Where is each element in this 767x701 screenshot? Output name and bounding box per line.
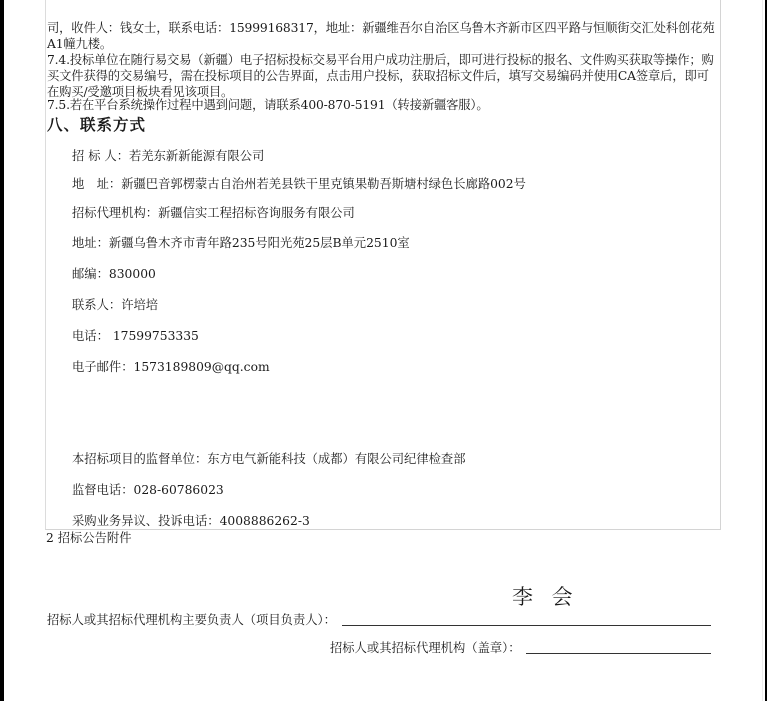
contact-agency-address: 地址：新疆乌鲁木齐市青年路235号阳光苑25层B单元2510室 [72, 235, 410, 251]
principal-label: 招标人或其招标代理机构主要负责人（项目负责人）： [47, 612, 336, 628]
contact-label: 招标代理机构： [72, 206, 158, 220]
contact-label: 监督电话： [72, 483, 134, 497]
contact-value: 东方电气新能科技（成都）有限公司纪律检查部 [207, 452, 465, 466]
contact-value: 830000 [109, 267, 156, 281]
contact-postcode: 邮编：830000 [72, 266, 156, 282]
section-heading-contact: 八、联系方式 [47, 115, 146, 135]
signature-name: 李 会 [512, 584, 579, 610]
contact-value: 新疆乌鲁木齐市青年路235号阳光苑25层B单元2510室 [109, 236, 410, 250]
contact-value: 新疆巴音郭楞蒙古自治州若羌县铁干里克镇果勒吾斯塘村绿色长廊路002号 [121, 177, 526, 191]
contact-label: 招 标 人： [72, 149, 129, 163]
contact-tenderer-address: 地 址：新疆巴音郭楞蒙古自治州若羌县铁干里克镇果勒吾斯塘村绿色长廊路002号 [72, 176, 526, 192]
contact-label: 采购业务异议、投诉电话： [72, 514, 220, 528]
contact-value: 028-60786023 [134, 483, 224, 497]
contact-label: 联系人： [72, 298, 121, 312]
contact-value: 新疆信实工程招标咨询服务有限公司 [158, 206, 355, 220]
seal-label: 招标人或其招标代理机构（盖章）： [330, 640, 521, 656]
principal-signature-line [342, 625, 711, 626]
seal-signature-line [526, 653, 711, 654]
contact-supervision-phone: 监督电话：028-60786023 [72, 482, 224, 498]
contact-label: 地址： [72, 236, 109, 250]
right-edge-guide [762, 0, 763, 701]
contact-label: 邮编： [72, 267, 109, 281]
contact-value: 17599753335 [109, 329, 199, 343]
paragraph-recipient-address: 司，收件人：钱女士，联系电话：15999168317，地址：新疆维吾尔自治区乌鲁… [47, 20, 719, 52]
contact-complaint-phone: 采购业务异议、投诉电话：4008886262-3 [72, 513, 310, 529]
contact-agency: 招标代理机构：新疆信实工程招标咨询服务有限公司 [72, 205, 355, 221]
contact-email: 电子邮件：1573189809@qq.com [72, 359, 270, 375]
contact-label: 本招标项目的监督单位： [72, 452, 207, 466]
contact-value: 1573189809@qq.com [134, 360, 270, 374]
contact-value: 许培培 [121, 298, 158, 312]
contact-person: 联系人：许培培 [72, 297, 158, 313]
attachment-label: 2 招标公告附件 [46, 530, 132, 546]
left-edge-bar [0, 0, 4, 701]
paragraph-7-4-registration: 7.4.投标单位在随行易交易（新疆）电子招标投标交易平台用户成功注册后，即可进行… [47, 52, 719, 101]
contact-supervisor: 本招标项目的监督单位：东方电气新能科技（成都）有限公司纪律检查部 [72, 451, 466, 467]
contact-label: 地 址： [72, 177, 121, 191]
contact-tenderer: 招 标 人：若羌东新新能源有限公司 [72, 148, 264, 164]
contact-label: 电子邮件： [72, 360, 134, 374]
paragraph-7-5-support: 7.5.若在平台系统操作过程中遇到问题，请联系400-870-5191（转接新疆… [47, 97, 719, 113]
contact-value: 若羌东新新能源有限公司 [129, 149, 264, 163]
contact-phone: 电话： 17599753335 [72, 328, 199, 344]
contact-label: 电话： [72, 329, 109, 343]
contact-value: 4008886262-3 [220, 514, 310, 528]
